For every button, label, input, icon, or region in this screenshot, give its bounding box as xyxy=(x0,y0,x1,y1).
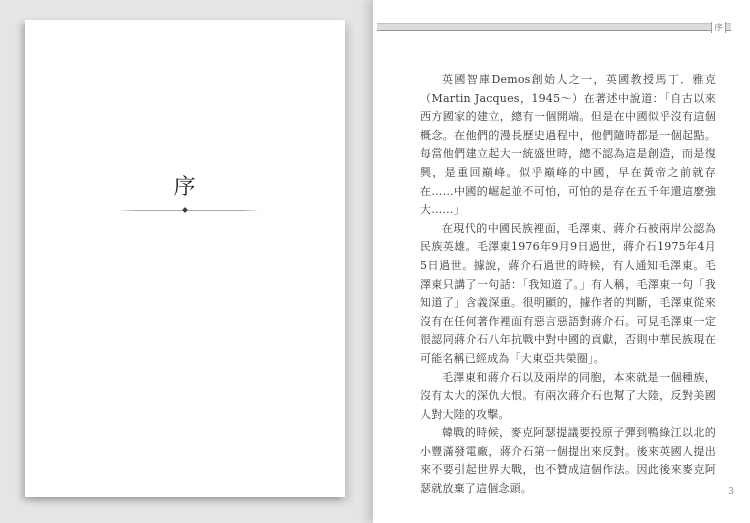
right-page: 序 英國智庫Demos創始人之一，英國教授馬丁．雅克（Martin Jacque… xyxy=(373,0,750,523)
running-head-chapter-marker: 序 xyxy=(711,22,726,33)
divider-dot xyxy=(182,207,188,213)
page-number: 3 xyxy=(723,487,739,497)
paragraph: 在現代的中國民族裡面，毛澤東、蔣介石被兩岸公認為民族英雄。毛澤東1976年9月9… xyxy=(420,220,716,369)
running-head-bar: 序 xyxy=(377,23,731,31)
paragraph: 毛澤東和蔣介石以及兩岸的同胞，本來就是一個種族，沒有太大的深仇大恨。有兩次蔣介石… xyxy=(420,369,716,425)
left-page: 序 xyxy=(25,20,345,497)
body-text-block: 英國智庫Demos創始人之一，英國教授馬丁．雅克（Martin Jacques，… xyxy=(420,71,716,499)
paragraph: 韓戰的時候，麥克阿瑟提議要投原子彈到鴨綠江以北的小豐滿發電廠，蔣介石第一個提出來… xyxy=(420,424,716,498)
book-spread: 序 序 英國智庫Demos創始人之一，英國教授馬丁．雅克（Martin Jacq… xyxy=(0,0,750,523)
title-divider-line xyxy=(118,210,260,211)
paragraph: 英國智庫Demos創始人之一，英國教授馬丁．雅克（Martin Jacques，… xyxy=(420,71,716,220)
preface-title: 序 xyxy=(25,176,345,200)
